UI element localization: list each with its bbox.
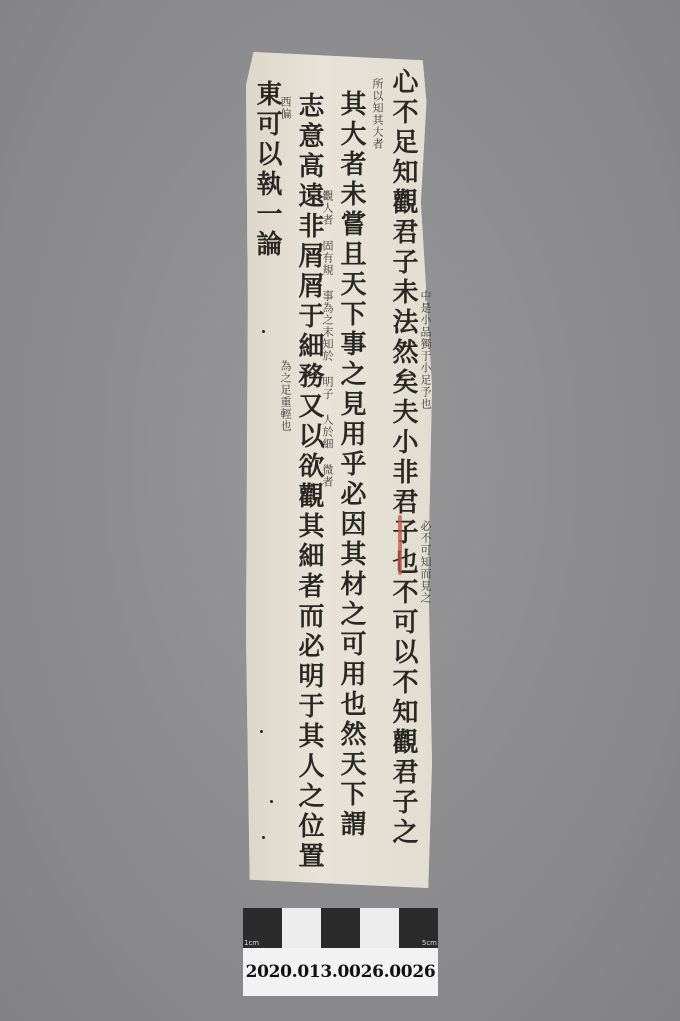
ink-dot (270, 800, 273, 803)
scale-label-left: 1cm (244, 939, 259, 947)
annotation-column-6: 為之足重輕也 (280, 360, 291, 432)
scale-segment: 1cm (243, 908, 282, 948)
scale-segment: 5cm (399, 908, 438, 948)
red-ink-mark (398, 515, 402, 575)
annotation-column-2: 所以知其大者 (372, 78, 383, 150)
annotation-column-10: 必不可知而見之 (420, 520, 431, 604)
scale-bar: 1cm 5cm (243, 908, 438, 948)
scale-label-right: 5cm (422, 939, 437, 947)
catalog-number: 2020.013.0026.0026 (243, 948, 438, 996)
ink-dot (260, 730, 263, 733)
annotation-column-8: 西偏 (280, 96, 291, 120)
scale-segment (282, 908, 321, 948)
scale-segment (321, 908, 360, 948)
text-column-3: 其大者未嘗且天下事之見用乎必因其材之可用也然天下謂 (338, 90, 364, 840)
scale-segment (360, 908, 399, 948)
text-column-7: 東可以執一論 (254, 80, 280, 260)
ink-dot (262, 836, 265, 839)
annotation-column-9: 中是小品獨于小足予也 (420, 290, 431, 410)
text-column-5: 志意高遠非屑屑于細務又以欲觀其細者而必明于其人之位置 (296, 92, 322, 872)
ink-dot (262, 330, 265, 333)
text-column-1: 心不足知觀君子未法然矣夫小非君子也不可以不知觀君子之 (390, 68, 416, 848)
